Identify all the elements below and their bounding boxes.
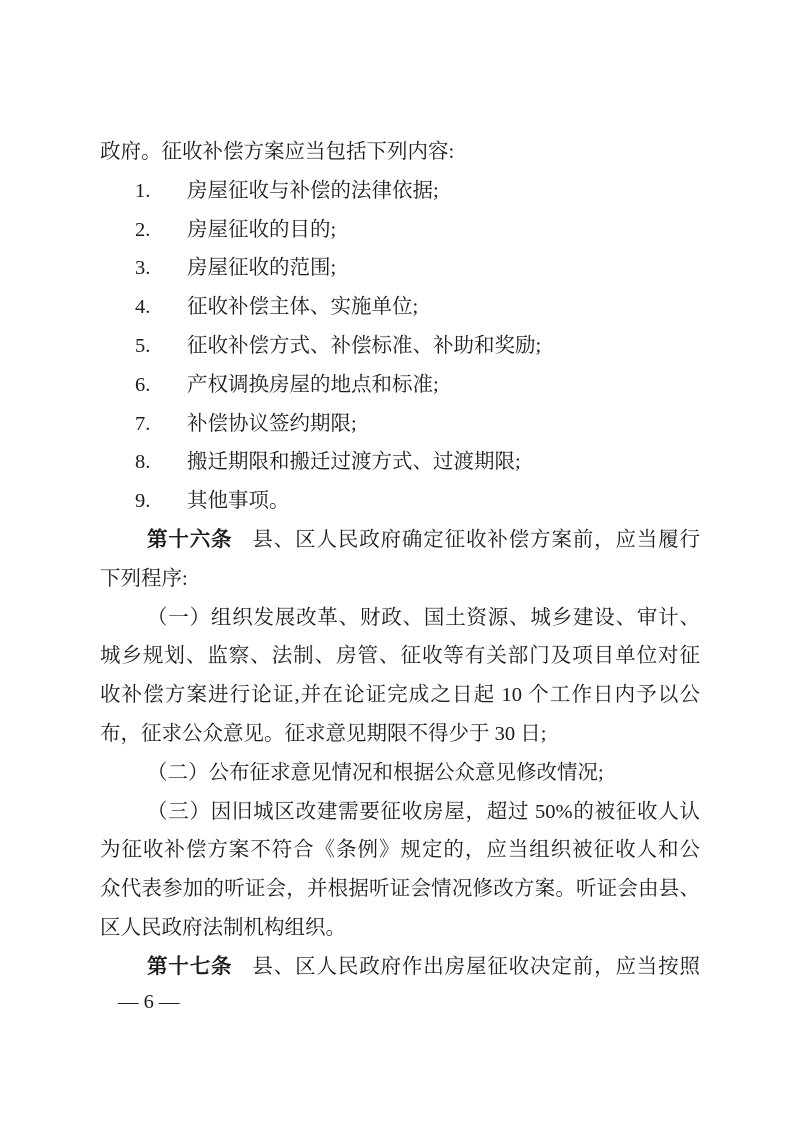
text-line: 5.征收补偿方式、补偿标准、补助和奖励;	[100, 327, 700, 366]
line-text: 县、区人民政府作出房屋征收决定前，应当按照	[252, 956, 700, 978]
page-number: — 6 —	[118, 988, 180, 1016]
text-line: 7.补偿协议签约期限;	[100, 405, 700, 444]
line-text: 下列程序:	[100, 568, 188, 590]
line-text: 区人民政府法制机构组织。	[100, 917, 346, 939]
text-line: 众代表参加的听证会，并根据听证会情况修改方案。听证会由县、	[100, 870, 700, 909]
line-text: 搬迁期限和搬迁过渡方式、过渡期限;	[187, 451, 521, 473]
text-line: 为征收补偿方案不符合《条例》规定的，应当组织被征收人和公	[100, 831, 700, 870]
text-line: 第十六条县、区人民政府确定征收补偿方案前，应当履行	[100, 521, 700, 560]
list-number: 6.	[135, 366, 187, 405]
text-line: 第十七条县、区人民政府作出房屋征收决定前，应当按照	[100, 948, 700, 987]
line-text: 众代表参加的听证会，并根据听证会情况修改方案。听证会由县、	[100, 878, 700, 900]
text-line: 3.房屋征收的范围;	[100, 249, 700, 288]
line-text: 产权调换房屋的地点和标准;	[187, 374, 439, 396]
text-line: （三）因旧城区改建需要征收房屋，超过 50%的被征收人认	[100, 793, 700, 832]
text-line: 下列程序:	[100, 560, 700, 599]
text-line: 8.搬迁期限和搬迁过渡方式、过渡期限;	[100, 443, 700, 482]
list-number: 2.	[135, 211, 187, 250]
list-number: 8.	[135, 443, 187, 482]
line-text: 房屋征收与补偿的法律依据;	[187, 180, 439, 202]
text-line: 收补偿方案进行论证,并在论证完成之日起 10 个工作日内予以公	[100, 676, 700, 715]
text-line: 2.房屋征收的目的;	[100, 211, 700, 250]
line-text: 征收补偿方式、补偿标准、补助和奖励;	[187, 335, 541, 357]
article-number: 第十七条	[147, 956, 232, 978]
list-number: 1.	[135, 172, 187, 211]
text-line: （一）组织发展改革、财政、国土资源、城乡建设、审计、	[100, 599, 700, 638]
text-body: 政府。征收补偿方案应当包括下列内容:1.房屋征收与补偿的法律依据;2.房屋征收的…	[100, 133, 700, 987]
line-text: 补偿协议签约期限;	[187, 413, 357, 435]
line-text: （二）公布征求意见情况和根据公众意见修改情况;	[147, 762, 604, 784]
line-text: 房屋征收的目的;	[187, 219, 336, 241]
list-number: 7.	[135, 405, 187, 444]
text-line: （二）公布征求意见情况和根据公众意见修改情况;	[100, 754, 700, 793]
line-text: 政府。征收补偿方案应当包括下列内容:	[100, 141, 454, 163]
line-text: 其他事项。	[187, 490, 290, 512]
list-number: 3.	[135, 249, 187, 288]
line-text: 为征收补偿方案不符合《条例》规定的，应当组织被征收人和公	[100, 839, 700, 861]
line-text: 县、区人民政府确定征收补偿方案前，应当履行	[252, 529, 700, 551]
list-number: 5.	[135, 327, 187, 366]
line-text: 房屋征收的范围;	[187, 257, 336, 279]
document-page: 政府。征收补偿方案应当包括下列内容:1.房屋征收与补偿的法律依据;2.房屋征收的…	[0, 0, 793, 1122]
text-line: 布，征求公众意见。征求意见期限不得少于 30 日;	[100, 715, 700, 754]
line-text: （一）组织发展改革、财政、国土资源、城乡建设、审计、	[147, 607, 700, 629]
text-line: 9.其他事项。	[100, 482, 700, 521]
text-line: 政府。征收补偿方案应当包括下列内容:	[100, 133, 700, 172]
text-line: 6.产权调换房屋的地点和标准;	[100, 366, 700, 405]
article-number: 第十六条	[147, 529, 232, 551]
text-line: 区人民政府法制机构组织。	[100, 909, 700, 948]
line-text: 布，征求公众意见。征求意见期限不得少于 30 日;	[100, 723, 546, 745]
list-number: 4.	[135, 288, 187, 327]
line-text: 征收补偿主体、实施单位;	[187, 296, 418, 318]
text-line: 4.征收补偿主体、实施单位;	[100, 288, 700, 327]
line-text: （三）因旧城区改建需要征收房屋，超过 50%的被征收人认	[147, 801, 700, 823]
line-text: 城乡规划、监察、法制、房管、征收等有关部门及项目单位对征	[100, 645, 700, 667]
text-line: 1.房屋征收与补偿的法律依据;	[100, 172, 700, 211]
text-line: 城乡规划、监察、法制、房管、征收等有关部门及项目单位对征	[100, 637, 700, 676]
line-text: 收补偿方案进行论证,并在论证完成之日起 10 个工作日内予以公	[100, 684, 700, 706]
list-number: 9.	[135, 482, 187, 521]
